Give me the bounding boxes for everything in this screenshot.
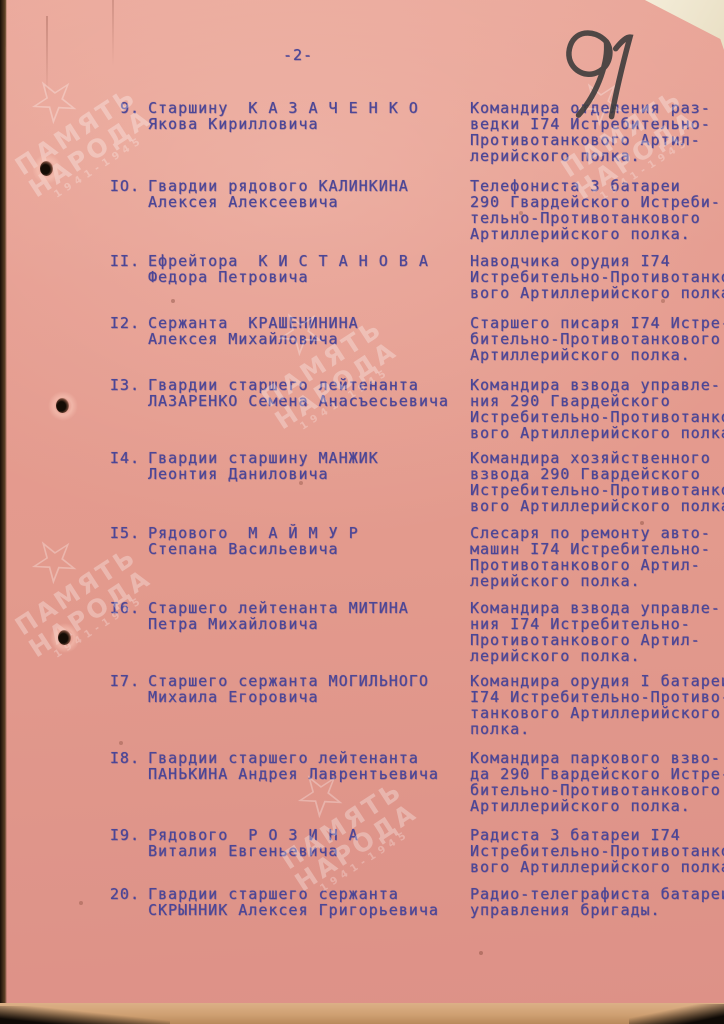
entry-name-line: ПАНЬКИНА Андрея Лаврентьевича [148,766,468,782]
entry-position-line: Артиллерийского полка. [470,226,724,242]
entry-number: 20. [94,886,140,902]
entry-name-block: Ефрейтора К И С Т А Н О В АФедора Петров… [148,253,468,285]
entry-position-line: Телефониста 3 батареи [470,178,724,194]
entry-position-line: Истребительно-Противотанко- [470,269,724,285]
entry-position-block: Слесаря по ремонту авто-машин I74 Истреб… [470,525,724,589]
entry-position-line: Командира паркового взво- [470,750,724,766]
entry-position-line: машин I74 Истребительно- [470,541,724,557]
entry-number: I8. [94,750,140,766]
entry-name-line: Алексея Алексеевича [148,194,468,210]
entry-position-line: Истребительно-Противотанко- [470,843,724,859]
punch-hole [30,152,64,186]
entry-name-block: Гвардии старшину МАНЖИКЛеонтия Данилович… [148,450,468,482]
punch-hole [48,621,82,655]
entry-position-line: тельно-Противотанкового [470,210,724,226]
entry-rank-line: Гвардии рядового КАЛИНКИНА [148,178,468,194]
entry-position-line: Противотанкового Артил- [470,557,724,573]
scan-edge-left [0,0,7,1024]
entry-name-block: Старшину К А З А Ч Е Н К ОЯкова Кириллов… [148,100,468,132]
entry-rank-line: Старшего сержанта МОГИЛЬНОГО [148,673,468,689]
entry-name-block: Рядового Р О З И Н АВиталия Евгеньевича [148,827,468,859]
entry-position-line: Командира орудия I батареи [470,673,724,689]
entry-position-block: Радиста 3 батареи I74Истребительно-Проти… [470,827,724,875]
entry-rank-line: Гвардии старшего лейтенанта [148,750,468,766]
entry-position-line: Командира взвода управле- [470,377,724,393]
entry-name-block: Гвардии старшего сержантаСКРЫННИК Алексе… [148,886,468,918]
entry-name-block: Гвардии старшего лейтенантаЛАЗАРЕНКО Сем… [148,377,468,409]
paper-crease [46,16,48,100]
entry-position-line: бительно-Противотанкового [470,331,724,347]
entry-position-block: Телефониста 3 батареи290 Гвардейского Ис… [470,178,724,242]
entry-rank-line: Ефрейтора К И С Т А Н О В А [148,253,468,269]
entry-name-block: Гвардии рядового КАЛИНКИНААлексея Алексе… [148,178,468,210]
entry-position-line: Наводчика орудия I74 [470,253,724,269]
entry-position-block: Командира взвода управле-ния 290 Гвардей… [470,377,724,441]
scan-shadow-corner [0,1006,170,1024]
entry-position-line: лерийского полка. [470,648,724,664]
entry-position-line: Противотанкового Артил- [470,632,724,648]
entry-position-block: Наводчика орудия I74Истребительно-Против… [470,253,724,301]
entry-position-line: вого Артиллерийского полка [470,498,724,514]
entry-position-line: бительно-Противотанкового [470,782,724,798]
entry-position-line: вого Артиллерийского полка [470,859,724,875]
entry-rank-line: Старшину К А З А Ч Е Н К О [148,100,468,116]
entry-position-line: Истребительно-Противотанко- [470,482,724,498]
entry-number: I6. [94,600,140,616]
entry-rank-line: Гвардии старшину МАНЖИК [148,450,468,466]
entry-number: I3. [94,377,140,393]
entry-name-block: Сержанта КРАШЕНИНИНААлексея Михайловича [148,315,468,347]
entry-number: I4. [94,450,140,466]
entry-number: I5. [94,525,140,541]
entry-position-line: ния 290 Гвардейского [470,393,724,409]
entry-position-block: Командира хозяйственноговзвода 290 Гвард… [470,450,724,514]
entry-position-block: Радио-телеграфиста батареиуправления бри… [470,886,724,918]
entry-position-line: вого Артиллерийского полка [470,285,724,301]
entry-rank-line: Гвардии старшего лейтенанта [148,377,468,393]
entry-rank-line: Старшего лейтенанта МИТИНА [148,600,468,616]
entry-position-line: Старшего писаря I74 Истре- [470,315,724,331]
entry-name-line: СКРЫННИК Алексея Григорьевича [148,902,468,918]
entry-name-block: Старшего сержанта МОГИЛЬНОГОМихаила Егор… [148,673,468,705]
entry-position-line: взвода 290 Гвардейского [470,466,724,482]
entry-position-line: Радиста 3 батареи I74 [470,827,724,843]
handwritten-page-number [528,18,650,127]
page-number: -2- [283,46,313,64]
entry-position-block: Командира орудия I батареиI74 Истребител… [470,673,724,737]
entry-position-line: I74 Истребительно-Противо- [470,689,724,705]
entry-position-line: полка. [470,721,724,737]
punch-hole [46,389,80,423]
entry-name-line: Петра Михайловича [148,616,468,632]
entry-number: I2. [94,315,140,331]
entry-position-line: Командира хозяйственного [470,450,724,466]
entry-number: I7. [94,673,140,689]
entry-position-line: лерийского полка. [470,148,724,164]
entry-position-line: Радио-телеграфиста батареи [470,886,724,902]
entry-number: II. [94,253,140,269]
entry-name-line: Алексея Михайловича [148,331,468,347]
entry-position-block: Командира паркового взво-да 290 Гвардейс… [470,750,724,814]
entry-name-line: Якова Кирилловича [148,116,468,132]
entry-position-line: ния I74 Истребительно- [470,616,724,632]
entry-rank-line: Рядового М А Й М У Р [148,525,468,541]
entry-position-line: вого Артиллерийского полка [470,425,724,441]
paper-crease [112,0,114,66]
entry-rank-line: Гвардии старшего сержанта [148,886,468,902]
entry-rank-line: Рядового Р О З И Н А [148,827,468,843]
entry-name-line: Михаила Егоровича [148,689,468,705]
entry-position-line: Артиллерийского полка. [470,347,724,363]
scanned-page: -2- 9.Старшину К А З А Ч Е Н К ОЯкова Ки… [0,0,724,1024]
entry-position-line: управления бригады. [470,902,724,918]
entry-position-block: Командира взвода управле-ния I74 Истреби… [470,600,724,664]
entry-name-line: ЛАЗАРЕНКО Семена Анасъесьевича [148,393,468,409]
entry-position-line: Слесаря по ремонту авто- [470,525,724,541]
entry-name-block: Гвардии старшего лейтенантаПАНЬКИНА Андр… [148,750,468,782]
entry-number: IO. [94,178,140,194]
entry-position-line: Командира взвода управле- [470,600,724,616]
entry-number: I9. [94,827,140,843]
entry-position-line: Истребительно-Противотанко- [470,409,724,425]
scan-shadow-corner [629,1004,724,1024]
entry-position-line: Противотанкового Артил- [470,132,724,148]
entry-rank-line: Сержанта КРАШЕНИНИНА [148,315,468,331]
entry-position-line: да 290 Гвардейского Истре- [470,766,724,782]
entry-position-line: танкового Артиллерийского [470,705,724,721]
entry-position-line: 290 Гвардейского Истреби- [470,194,724,210]
entry-name-line: Федора Петровича [148,269,468,285]
entry-position-line: лерийского полка. [470,573,724,589]
entry-name-line: Виталия Евгеньевича [148,843,468,859]
entry-name-line: Степана Васильевича [148,541,468,557]
entry-position-line: Артиллерийского полка. [470,798,724,814]
entry-name-block: Рядового М А Й М У РСтепана Васильевича [148,525,468,557]
entry-name-line: Леонтия Даниловича [148,466,468,482]
entry-name-block: Старшего лейтенанта МИТИНАПетра Михайлов… [148,600,468,632]
entry-number: 9. [94,100,140,116]
entry-position-block: Старшего писаря I74 Истре-бительно-Проти… [470,315,724,363]
